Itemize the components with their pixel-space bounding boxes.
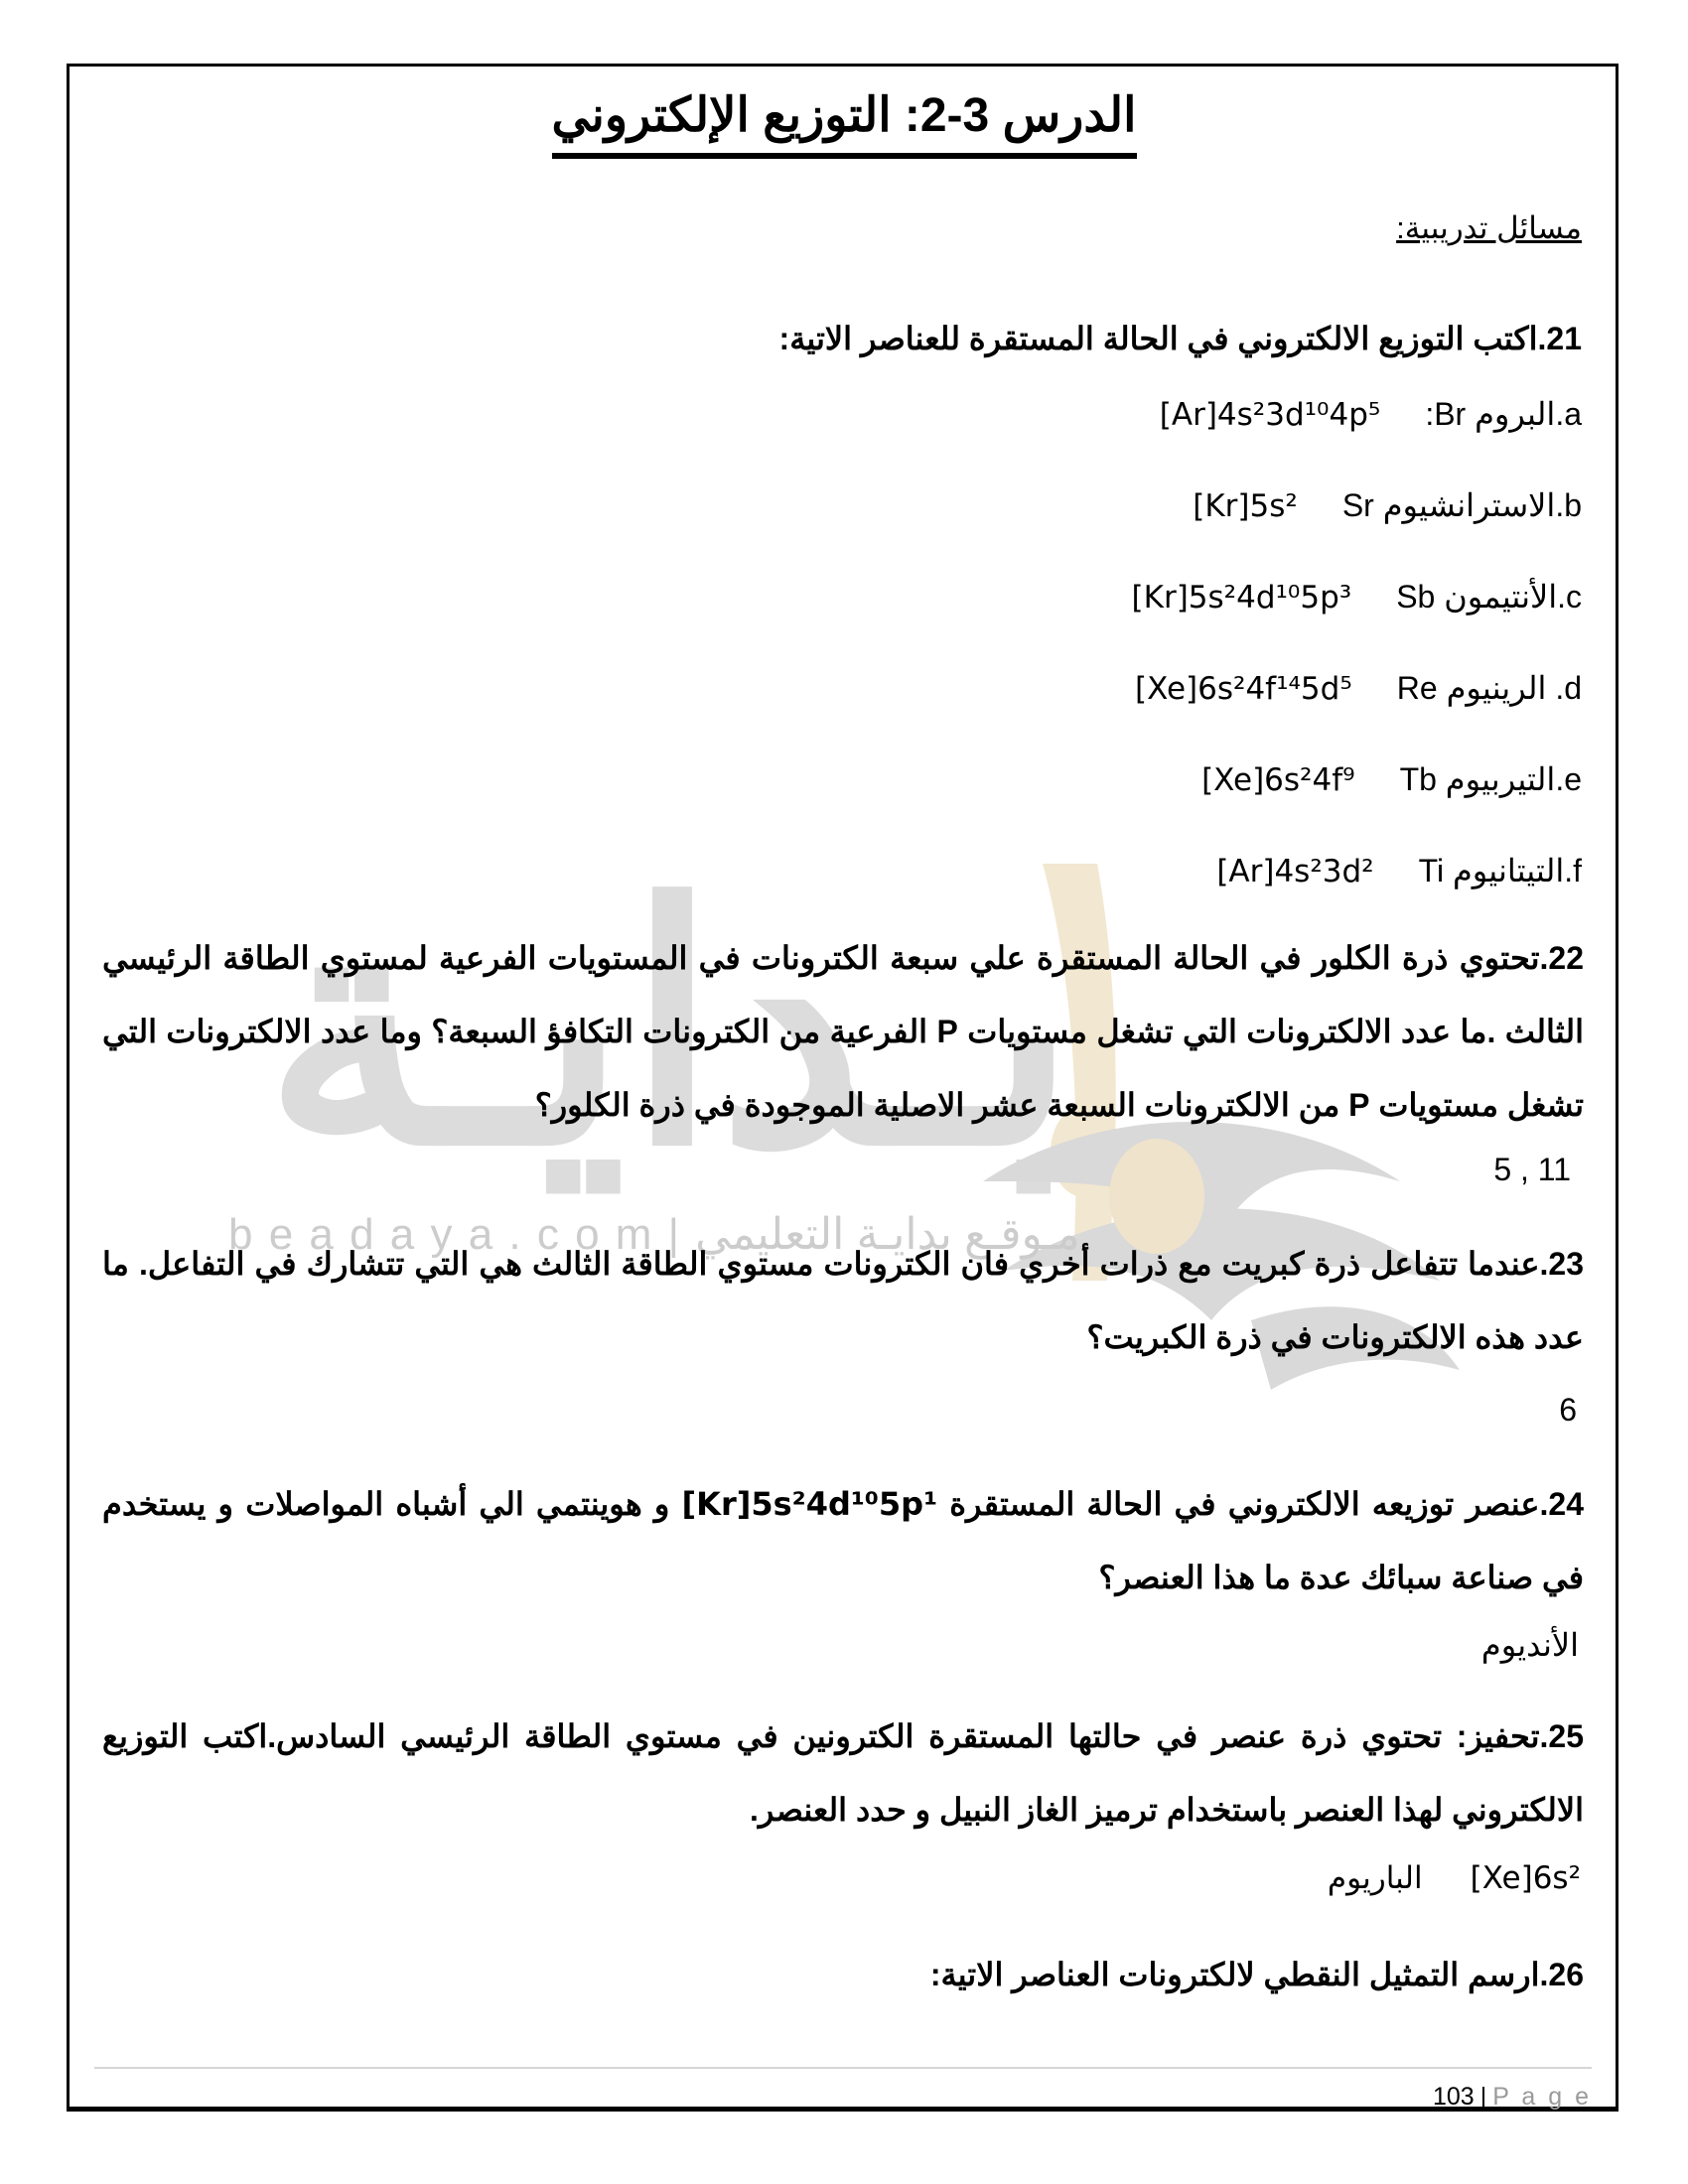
q24-text-pre: 24.عنصر توزيعه الالكتروني في الحالة المس… — [937, 1486, 1584, 1522]
q21-item-d-configuration: [Xe]6s²4f¹⁴5d⁵ — [1135, 671, 1352, 707]
q21-item-c-label: c.الأنتيمون Sb — [1396, 578, 1582, 615]
q24-configuration: [Kr]5s²4d¹⁰5p¹ — [682, 1467, 938, 1541]
q21-item-f-label: f.التيتانيوم Ti — [1419, 852, 1582, 889]
q21-item-a: a.البروم Br: [Ar]4s²3d¹⁰4p⁵ — [1160, 395, 1582, 433]
q21-item-f-configuration: [Ar]4s²3d² — [1216, 854, 1373, 889]
a25-element: الباريوم — [1328, 1860, 1423, 1896]
footer-separator: | — [1480, 2083, 1487, 2111]
q21-item-b: b.الاسترانشيوم Sr [Kr]5s² — [1193, 486, 1582, 524]
answer-22: 5 , 11 — [1493, 1152, 1571, 1188]
page-number: 103 — [1433, 2083, 1475, 2111]
title-row: الدرس 3-2: التوزيع الإلكتروني — [0, 87, 1688, 159]
answer-23: 6 — [1559, 1392, 1577, 1429]
q21-item-e-label: e.التيربيوم Tb — [1400, 760, 1582, 798]
q21-item-b-label: b.الاسترانشيوم Sr — [1342, 486, 1582, 524]
answer-24: الأنديوم — [1481, 1626, 1579, 1664]
question-22: 22.تحتوي ذرة الكلور في الحالة المستقرة ع… — [102, 921, 1584, 1142]
q21-item-c-configuration: [Kr]5s²4d¹⁰5p³ — [1132, 580, 1352, 615]
question-23: 23.عندما تتفاعل ذرة كبريت مع ذرات أخري ف… — [102, 1227, 1584, 1374]
q21-item-e: e.التيربيوم Tb [Xe]6s²4f⁹ — [1201, 760, 1582, 798]
document-page: بـدايـة b e a d a y a . c o m | مـوقـع ب… — [0, 0, 1688, 2184]
q21-item-e-configuration: [Xe]6s²4f⁹ — [1201, 762, 1354, 798]
question-21-heading: 21.اكتب التوزيع الالكتروني في الحالة الم… — [779, 302, 1582, 375]
a25-configuration: [Xe]6s² — [1471, 1860, 1581, 1896]
page-footer: 103|P a g e — [94, 2067, 1592, 2112]
q21-item-a-label: a.البروم Br: — [1425, 395, 1582, 433]
q21-item-c: c.الأنتيمون Sb [Kr]5s²4d¹⁰5p³ — [1132, 578, 1582, 615]
question-25: 25.تحفيز: تحتوي ذرة عنصر في حالتها المست… — [102, 1700, 1584, 1846]
q21-item-d-label: d. الرينيوم Re — [1397, 669, 1582, 707]
page-label: P a g e — [1492, 2083, 1592, 2111]
practice-problems-heading: مسائل تدريبية: — [1396, 210, 1582, 246]
q21-item-f: f.التيتانيوم Ti [Ar]4s²3d² — [1216, 852, 1582, 889]
answer-25: [Xe]6s² الباريوم — [1328, 1860, 1581, 1896]
lesson-title: الدرس 3-2: التوزيع الإلكتروني — [552, 87, 1137, 159]
q21-item-b-configuration: [Kr]5s² — [1193, 488, 1298, 524]
q21-item-d: d. الرينيوم Re [Xe]6s²4f¹⁴5d⁵ — [1135, 669, 1582, 707]
content-layer: الدرس 3-2: التوزيع الإلكتروني مسائل تدري… — [0, 0, 1688, 2184]
q21-item-a-configuration: [Ar]4s²3d¹⁰4p⁵ — [1160, 397, 1381, 433]
question-26: 26.ارسم التمثيل النقطي لالكترونات العناص… — [102, 1938, 1584, 2011]
question-24: 24.عنصر توزيعه الالكتروني في الحالة المس… — [102, 1467, 1584, 1614]
